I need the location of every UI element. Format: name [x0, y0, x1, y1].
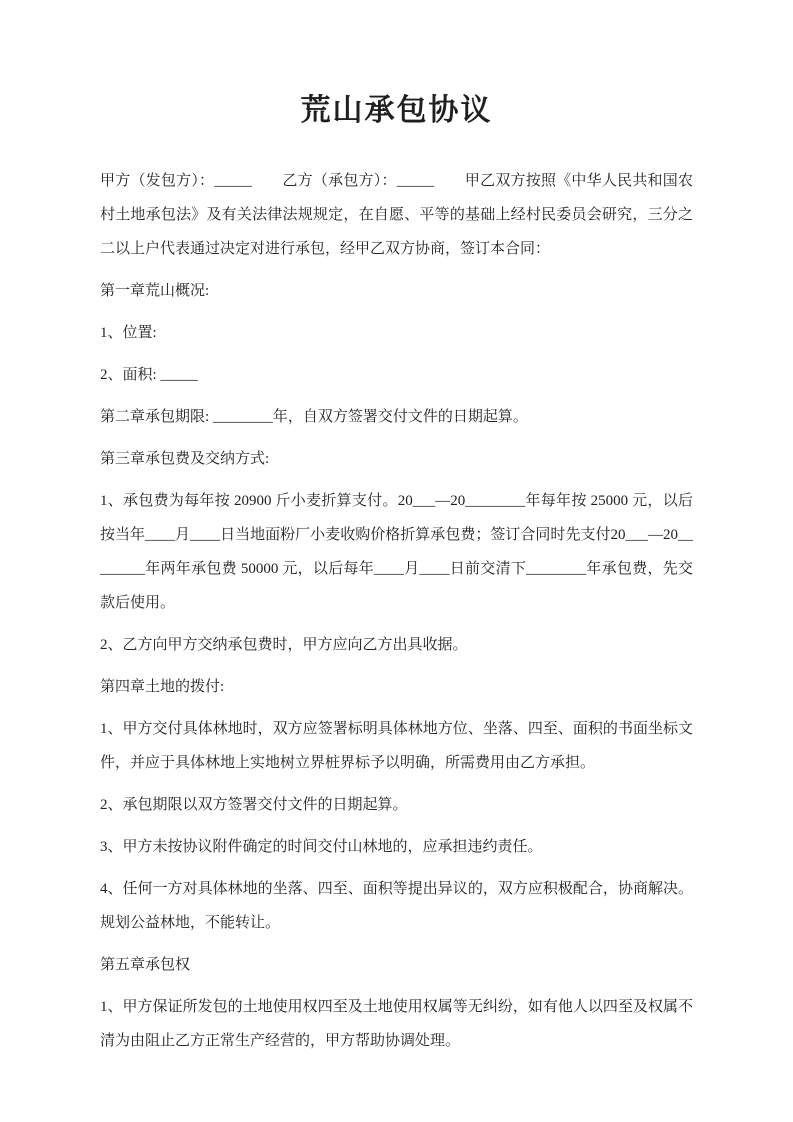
- paragraph-chapter-4-item-4: 4、任何一方对具体林地的坐落、四至、面积等提出异议的，双方应积极配合，协商解决。…: [100, 872, 693, 940]
- paragraph-chapter-3-item-2: 2、乙方向甲方交纳承包费时，甲方应向乙方出具收据。: [100, 628, 693, 662]
- paragraph-chapter-4-item-1: 1、甲方交付具体林地时，双方应签署标明具体林地方位、坐落、四至、面积的书面坐标文…: [100, 712, 693, 780]
- paragraph-chapter-4-item-3: 3、甲方未按协议附件确定的时间交付山林地的，应承担违约责任。: [100, 830, 693, 864]
- paragraph-chapter-1-item-2: 2、面积: _____: [100, 358, 693, 392]
- paragraph-chapter-4-heading: 第四章土地的拨付:: [100, 670, 693, 704]
- paragraph-parties-intro: 甲方（发包方）：_____ 乙方（承包方）：_____ 甲乙双方按照《中华人民共…: [100, 164, 693, 266]
- document-content: 荒山承包协议 甲方（发包方）：_____ 乙方（承包方）：_____ 甲乙双方按…: [100, 88, 693, 1066]
- paragraph-chapter-2-heading: 第二章承包期限: ________年，自双方签署交付文件的日期起算。: [100, 400, 693, 434]
- paragraph-chapter-5-heading: 第五章承包权: [100, 948, 693, 982]
- paragraph-chapter-4-item-2: 2、承包期限以双方签署交付文件的日期起算。: [100, 788, 693, 822]
- paragraph-chapter-3-item-1: 1、承包费为每年按 20900 斤小麦折算支付。20___—20________…: [100, 484, 693, 620]
- paragraph-chapter-3-heading: 第三章承包费及交纳方式:: [100, 442, 693, 476]
- paragraph-chapter-1-heading: 第一章荒山概况:: [100, 274, 693, 308]
- paragraph-chapter-1-item-1: 1、位置:: [100, 316, 693, 350]
- paragraph-chapter-5-item-1: 1、甲方保证所发包的土地使用权四至及土地使用权属等无纠纷，如有他人以四至及权属不…: [100, 990, 693, 1058]
- document-page: 荒山承包协议 甲方（发包方）：_____ 乙方（承包方）：_____ 甲乙双方按…: [0, 0, 793, 1122]
- document-title: 荒山承包协议: [100, 88, 693, 134]
